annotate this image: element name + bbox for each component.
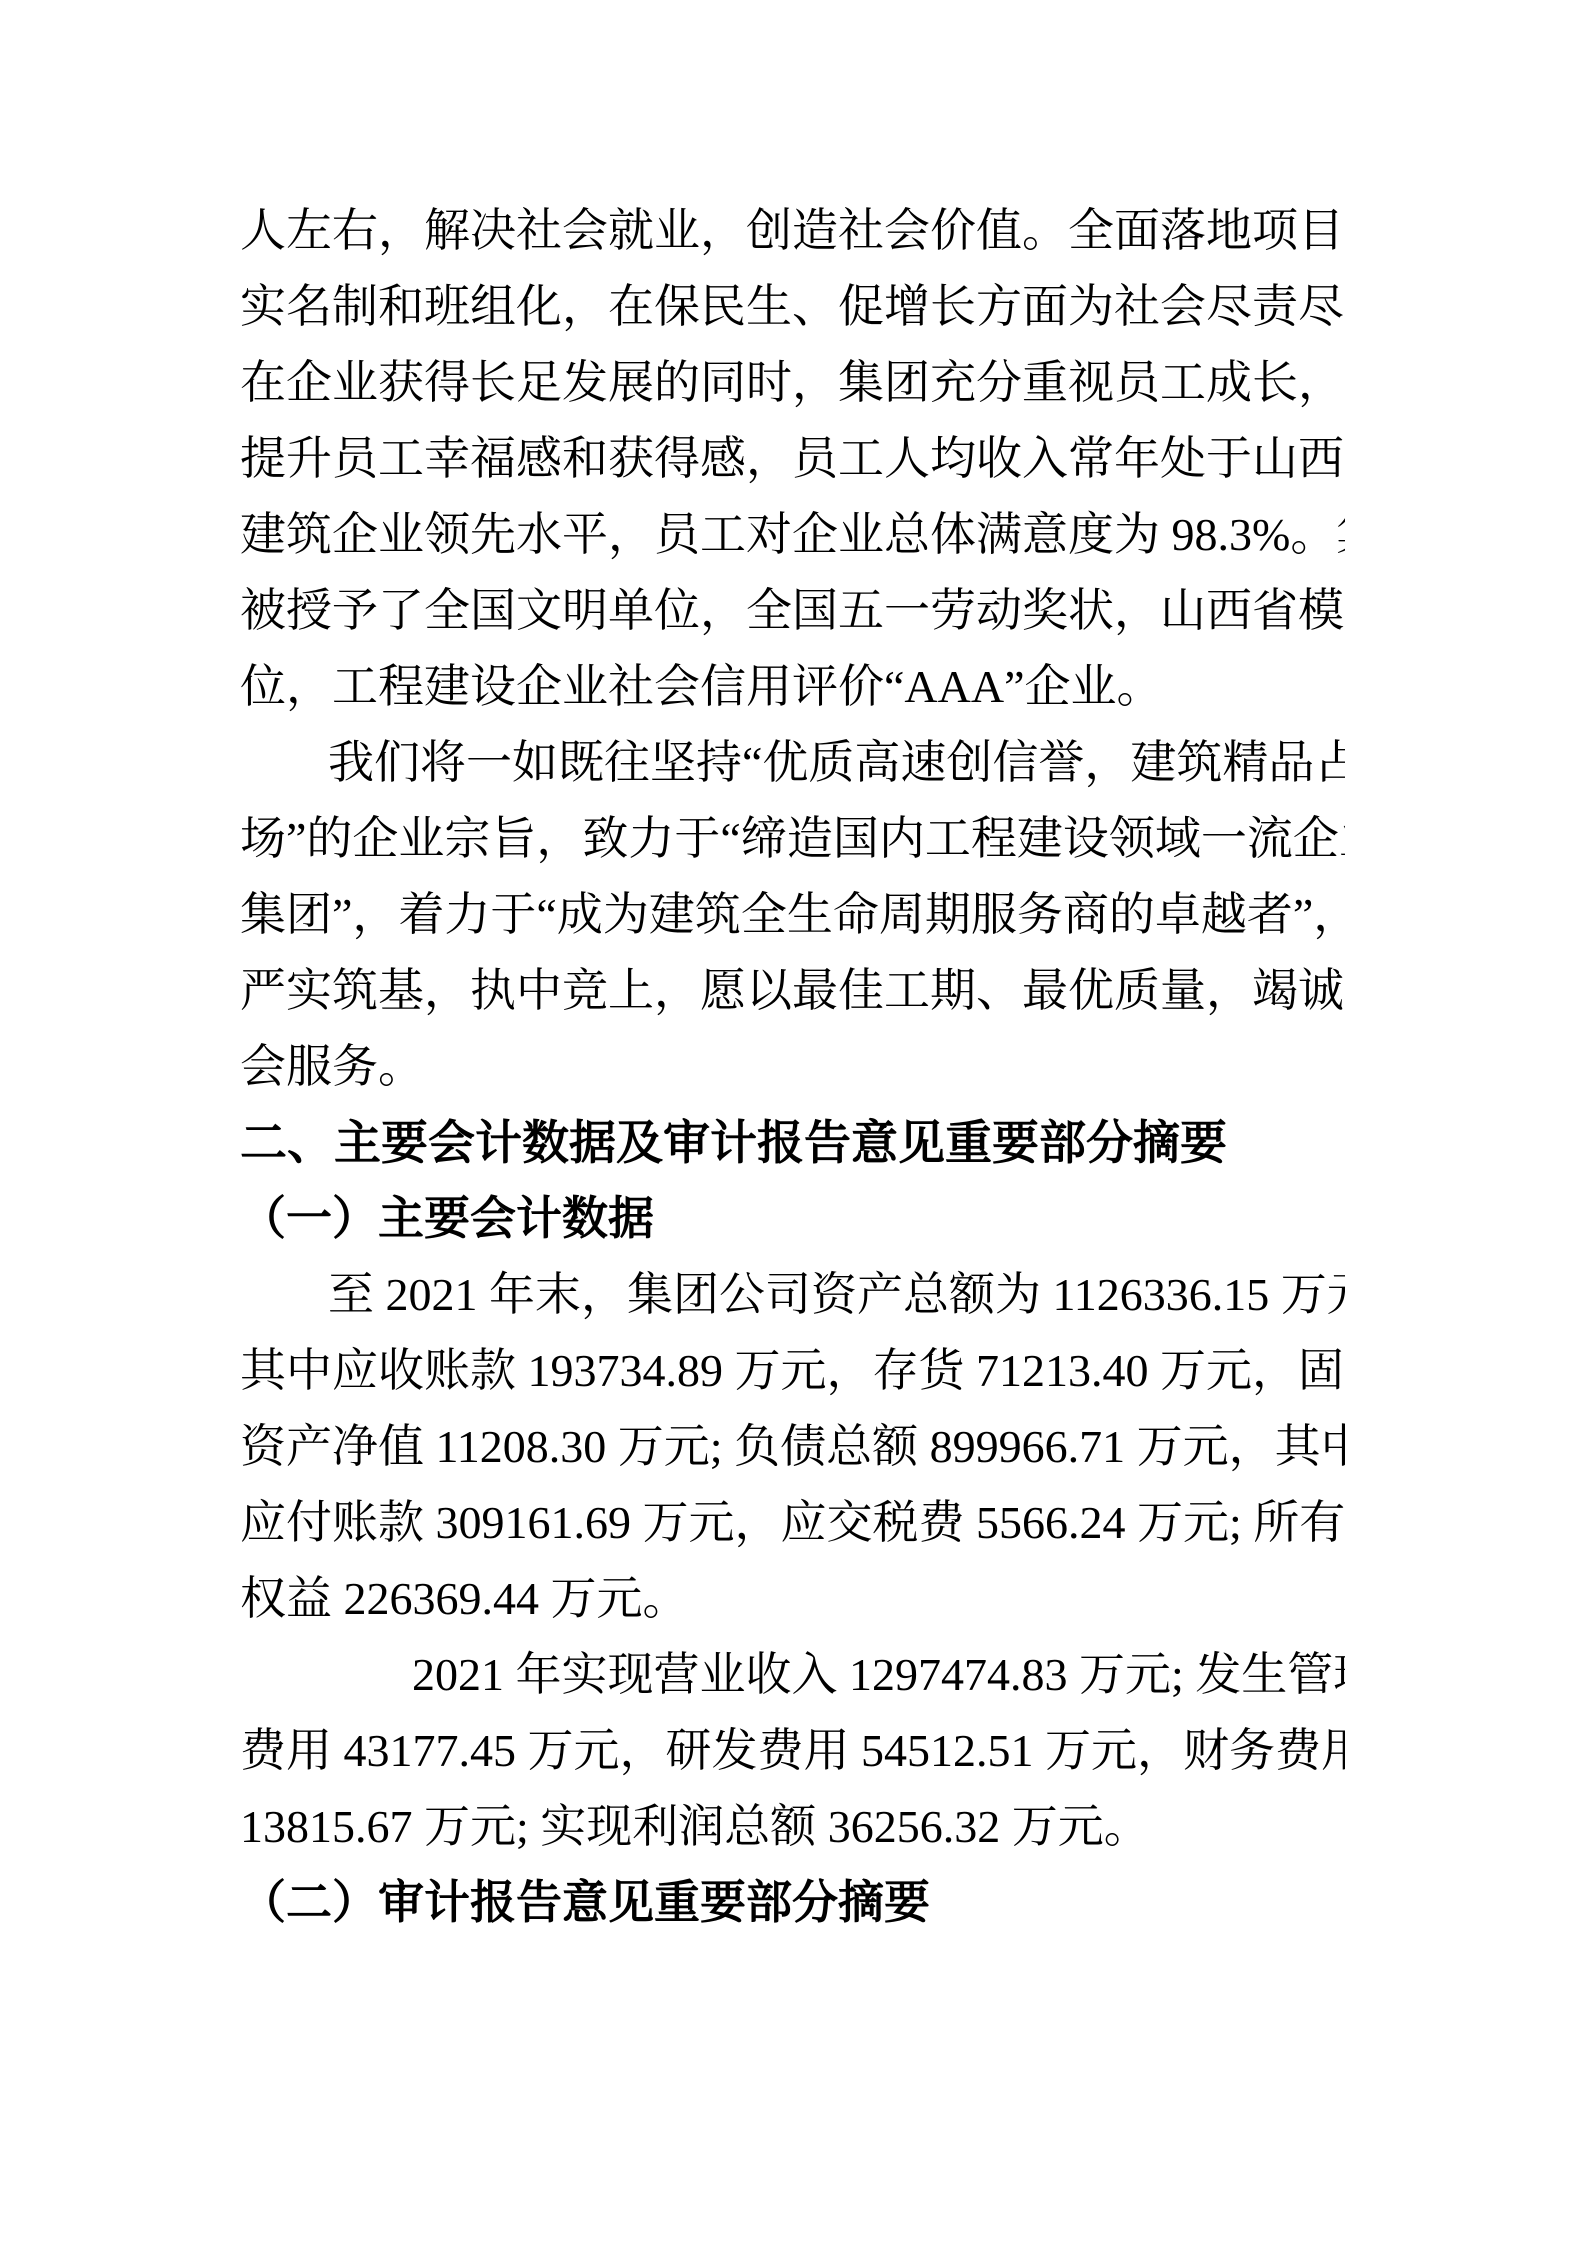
paragraph-social-responsibility: 人左右，解决社会就业，创造社会价值。全面落地项目用工 实名制和班组化，在保民生、… (240, 193, 1345, 725)
text-line: 集团”，着力于“成为建筑全生命周期服务商的卓越者”， (240, 877, 1345, 953)
text-line: 资产净值 11208.30 万元; 负债总额 899966.71 万元，其中 (240, 1409, 1345, 1485)
text-line: 应付账款 309161.69 万元，应交税费 5566.24 万元; 所有者 (240, 1485, 1345, 1561)
text-line: 至 2021 年末，集团公司资产总额为 1126336.15 万元， (240, 1257, 1345, 1333)
paragraph-balance-sheet-figures: 至 2021 年末，集团公司资产总额为 1126336.15 万元， 其中应收账… (240, 1257, 1345, 1637)
text-line: 费用 43177.45 万元，研发费用 54512.51 万元，财务费用 (240, 1713, 1345, 1789)
text-line: 会服务。 (240, 1029, 1345, 1105)
paragraph-mission: 我们将一如既往坚持“优质高速创信誉，建筑精品占市 场”的企业宗旨，致力于“缔造国… (240, 725, 1345, 1105)
text-line: 13815.67 万元; 实现利润总额 36256.32 万元。 (240, 1789, 1345, 1865)
heading-section-2-accounting-data: 二、主要会计数据及审计报告意见重要部分摘要 (240, 1105, 1345, 1181)
text-line: 我们将一如既往坚持“优质高速创信誉，建筑精品占市 (240, 725, 1345, 801)
subheading-2-2-audit-report-summary: （二）审计报告意见重要部分摘要 (240, 1865, 1345, 1941)
text-line: 场”的企业宗旨，致力于“缔造国内工程建设领域一流企业 (240, 801, 1345, 877)
text-line: 其中应收账款 193734.89 万元，存货 71213.40 万元，固定 (240, 1333, 1345, 1409)
text-line: 被授予了全国文明单位，全国五一劳动奖状，山西省模范单 (240, 573, 1345, 649)
text-line: 在企业获得长足发展的同时，集团充分重视员工成长，不断 (240, 345, 1345, 421)
document-page: 人左右，解决社会就业，创造社会价值。全面落地项目用工 实名制和班组化，在保民生、… (0, 0, 1587, 2245)
text-line: 严实筑基，执中竞上，愿以最佳工期、最优质量，竭诚为社 (240, 953, 1345, 1029)
text-line: 建筑企业领先水平，员工对企业总体满意度为 98.3%。集团 (240, 497, 1345, 573)
subheading-2-1-main-accounting-data: （一）主要会计数据 (240, 1181, 1345, 1257)
text-line: 位，工程建设企业社会信用评价“AAA”企业。 (240, 649, 1345, 725)
text-line: 权益 226369.44 万元。 (240, 1561, 1345, 1637)
text-line: 2021 年实现营业收入 1297474.83 万元; 发生管理 (240, 1637, 1345, 1713)
text-line: 人左右，解决社会就业，创造社会价值。全面落地项目用工 (240, 193, 1345, 269)
text-line: 实名制和班组化，在保民生、促增长方面为社会尽责尽力。 (240, 269, 1345, 345)
paragraph-income-statement-figures: 2021 年实现营业收入 1297474.83 万元; 发生管理 费用 4317… (240, 1637, 1345, 1865)
text-line: 提升员工幸福感和获得感，员工人均收入常年处于山西本土 (240, 421, 1345, 497)
